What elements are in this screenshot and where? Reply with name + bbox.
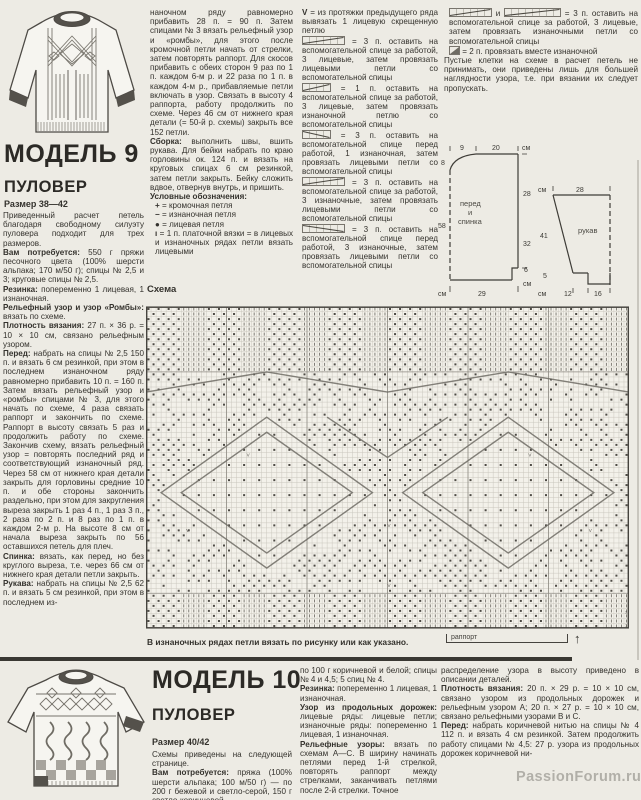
cable6l-icon: [302, 225, 345, 234]
paragraph-text: вязать по схемам А—С. В ширину начинать …: [300, 740, 437, 795]
paragraph-text: вязать по схеме.: [3, 312, 66, 321]
legend-text: = 1 п. платочной вязки = в лицевых и изн…: [155, 229, 293, 256]
legend-item: + = кромочная петля: [150, 201, 293, 210]
model10-sweater-illustration: [2, 664, 148, 796]
svg-text:V: V: [589, 528, 592, 533]
model9-size-label: Размер 38—42: [4, 199, 68, 209]
dim-front-top-b: 20: [492, 145, 500, 152]
cable8r-icon: [504, 9, 561, 18]
model10-size-label: Размер 40/42: [152, 737, 209, 747]
paragraph-lead: Вам потребуется:: [152, 768, 229, 777]
paragraph: Резинка: попеременно 1 лицевая, 1 изнано…: [300, 684, 437, 702]
paragraph: Рельефные узоры: вязать по схемам А—С. В…: [300, 740, 437, 795]
model9-sweater-illustration: [2, 4, 142, 138]
paragraph-text: выполнить швы, вшить рукава. Для бейки н…: [150, 137, 293, 192]
legend-text: = 2 п. провязать вместе изнаночной: [460, 47, 597, 56]
cable6r-icon: [302, 37, 345, 46]
paragraph: Рукава: набрать на спицы № 2,5 62 п. и в…: [3, 579, 144, 607]
legend-item: V = из протяжки предыдущего ряда вывязат…: [297, 8, 438, 36]
paragraph-lead: Плотность вязания:: [3, 321, 84, 330]
dim-front-right-unit: см: [523, 281, 532, 288]
paragraph: Вам потребуется: 550 г пряжи песочного ц…: [3, 248, 144, 285]
section-divider-rule: [0, 657, 572, 661]
dim-sleeve-left-b: 5: [543, 273, 547, 280]
model9-column-1: Приведенный расчет петель благодаря своб…: [3, 211, 144, 653]
legend-symbol: V: [302, 8, 310, 17]
dim-sleeve-top: 28: [576, 187, 584, 194]
magazine-page: { "model9": { "title": "МОДЕЛЬ 9", "subt…: [0, 0, 641, 800]
paragraph-lead: Перед:: [441, 721, 469, 730]
dim-front-right-a: 28: [523, 191, 531, 198]
paragraph-text: наночном ряду равномерно прибавить 28 п.…: [150, 8, 293, 137]
paragraph: Приведенный расчет петель благодаря своб…: [3, 211, 144, 248]
legend-item: и = 3 п. оставить на вспомогательной спи…: [444, 8, 638, 46]
paragraph-lead: Плотность вязания:: [441, 684, 523, 693]
paragraph-text: Схемы приведены на следующей странице.: [152, 750, 292, 768]
dim-front-right-b: 32: [523, 241, 531, 248]
sleeve-label: рукав: [578, 226, 597, 235]
paragraph-lead: Резинка:: [3, 285, 38, 294]
paragraph-lead: Сборка:: [150, 137, 182, 146]
paragraph-text: по 100 г коричневой и белой; спицы № 4 и…: [300, 666, 437, 684]
p2tog-icon: [449, 47, 460, 56]
cable4r-icon: [302, 84, 331, 93]
dim-front-bottom: 29: [478, 291, 486, 298]
legend-text: = изнаночная петля: [162, 210, 236, 219]
paragraph: Спинка: вязать, как перед, но без кругло…: [3, 552, 144, 580]
dim-sleeve-bottom-a: 12: [564, 291, 572, 298]
legend-basic-symbols: + = кромочная петля− = изнаночная петля●…: [150, 201, 293, 256]
empty-cells-note: Пустые клетки на схеме в расчет петель н…: [444, 56, 638, 93]
watermark: PassionForum.ru: [516, 769, 641, 785]
legend-item: ı = 1 п. платочной вязки = в лицевых и и…: [150, 229, 293, 257]
legend-text: = лицевая петля: [162, 220, 224, 229]
cable4l-icon: [302, 131, 331, 140]
svg-text:V: V: [388, 523, 391, 528]
paragraph-lead: Резинка:: [300, 684, 335, 693]
model9-title: МОДЕЛЬ 9: [4, 140, 139, 169]
paragraph-text: набрать на спицы № 2,5 150 п. и вязать 6…: [3, 349, 144, 551]
paragraph: распределение узора в высоту приведено в…: [441, 666, 639, 684]
model9-column-4: и = 3 п. оставить на вспомогательной спи…: [444, 8, 638, 138]
svg-text:V: V: [528, 452, 531, 457]
paragraph-text: распределение узора в высоту приведено в…: [441, 666, 639, 684]
model9-subtitle: ПУЛОВЕР: [4, 178, 87, 197]
legend-symbol: −: [155, 210, 162, 219]
paragraph: Плотность вязания: 20 п. × 29 р. = 10 × …: [441, 684, 639, 721]
legend-item: = 1 п. оставить на вспомогательной спице…: [297, 83, 438, 130]
rapport-start-arrow: ↑: [574, 631, 581, 646]
cable6r-icon: [302, 178, 345, 187]
model10-column-a: Схемы приведены на следующей странице.Ва…: [152, 750, 292, 800]
paragraph-lead: Рукава:: [3, 579, 34, 588]
legend-symbol: +: [155, 201, 162, 210]
paragraph: Схемы приведены на следующей странице.: [152, 750, 292, 768]
rapport-label: раппорт: [451, 634, 477, 641]
dim-front-neck-depth: 8: [441, 160, 445, 167]
paragraph: наночном ряду равномерно прибавить 28 п.…: [150, 8, 293, 137]
paragraph: Рельефный узор и узор «Ромбы»: вязать по…: [3, 303, 144, 321]
paragraph-lead: Рельефный узор и узор «Ромбы»:: [3, 303, 144, 312]
legend-item: = 3 п. оставить на вспомогательной спице…: [297, 177, 438, 224]
dim-front-left-unit: см: [438, 291, 447, 298]
legend-cables-b: и = 3 п. оставить на вспомогательной спи…: [444, 8, 638, 56]
legend-item: = 3 п. оставить на вспомогательной спице…: [297, 130, 438, 177]
paragraph-text: Приведенный расчет петель благодаря своб…: [3, 211, 144, 248]
legend-item: ● = лицевая петля: [150, 220, 293, 229]
model9-column-2: наночном ряду равномерно прибавить 28 п.…: [150, 8, 293, 286]
paragraph: Условные обозначения:: [150, 192, 293, 201]
model10-title: МОДЕЛЬ 10: [152, 666, 301, 695]
legend-item: − = изнаночная петля: [150, 210, 293, 219]
legend-item: = 3 п. оставить на вспомогательной спице…: [297, 36, 438, 83]
front-back-label-2: и: [468, 208, 472, 217]
paragraph: по 100 г коричневой и белой; спицы № 4 и…: [300, 666, 437, 684]
dim-front-left: 58: [438, 223, 446, 230]
chart-heading: Схема: [147, 284, 176, 295]
paragraph-lead: Вам потребуется:: [3, 248, 80, 257]
pattern-schematics: 9 20 см 8 58 см 28 32 6 см 29 перед и сп…: [438, 140, 640, 300]
paragraph: Узор из продольных дорожек: лицевые ряды…: [300, 703, 437, 740]
dim-front-top-unit: см: [522, 145, 531, 152]
paragraph-lead: Спинка:: [3, 552, 35, 561]
dim-sleeve-left: 41: [540, 233, 548, 240]
cable6r-icon: [449, 9, 492, 18]
dim-front-right-c: 6: [524, 267, 528, 274]
paragraph-lead: Рельефные узоры:: [300, 740, 385, 749]
paragraph-lead: Узор из продольных дорожек:: [300, 703, 437, 712]
model10-column-b: по 100 г коричневой и белой; спицы № 4 и…: [300, 666, 437, 800]
legend-item: = 3 п. оставить на вспомогательной спице…: [297, 224, 438, 271]
knitting-chart: VVVVVV31: [146, 303, 629, 632]
paragraph: Перед: набрать коричневой нитью на спицы…: [441, 721, 639, 758]
dim-sleeve-top-unit: см: [538, 187, 547, 194]
paragraph-text: набрать коричневой нитью на спицы № 4 11…: [441, 721, 639, 758]
model10-subtitle: ПУЛОВЕР: [152, 706, 235, 725]
paragraph: Перед: набрать на спицы № 2,5 150 п. и в…: [3, 349, 144, 551]
legend-item: = 2 п. провязать вместе изнаночной: [444, 46, 638, 56]
paragraph: Плотность вязания: 27 п. × 36 р. = 10 × …: [3, 321, 144, 349]
front-back-label-3: спинка: [458, 217, 483, 226]
front-back-label-1: перед: [460, 199, 481, 208]
dim-front-top-a: 9: [460, 145, 464, 152]
paragraph: Вам потребуется: пряжа (100% шерсти альп…: [152, 768, 292, 800]
paragraph-lead: Перед:: [3, 349, 31, 358]
legend-text: = кромочная петля: [162, 201, 232, 210]
paragraph: Сборка: выполнить швы, вшить рукава. Для…: [150, 137, 293, 192]
paragraph-lead: Условные обозначения:: [150, 192, 247, 201]
model9-column-2-paragraphs: наночном ряду равномерно прибавить 28 п.…: [150, 8, 293, 201]
svg-text:V: V: [186, 528, 189, 533]
paragraph-text: лицевые ряды: лицевые петли; изнаночные …: [300, 712, 437, 739]
svg-text:V: V: [247, 452, 250, 457]
paragraph: Резинка: попеременно 1 лицевая, 1 изнано…: [3, 285, 144, 303]
dim-sleeve-bottom-unit: см: [538, 291, 547, 298]
dim-sleeve-bottom-b: 16: [594, 291, 602, 298]
model9-column-3: V = из протяжки предыдущего ряда вывязат…: [297, 8, 438, 300]
legend-joiner: и: [492, 9, 504, 18]
chart-caption: В изнаночных рядах петли вязать по рисун…: [147, 637, 437, 647]
legend-text: = из протяжки предыдущего ряда вывязать …: [302, 8, 438, 35]
svg-text:V: V: [388, 583, 391, 588]
page-scan-edge: [637, 160, 639, 660]
